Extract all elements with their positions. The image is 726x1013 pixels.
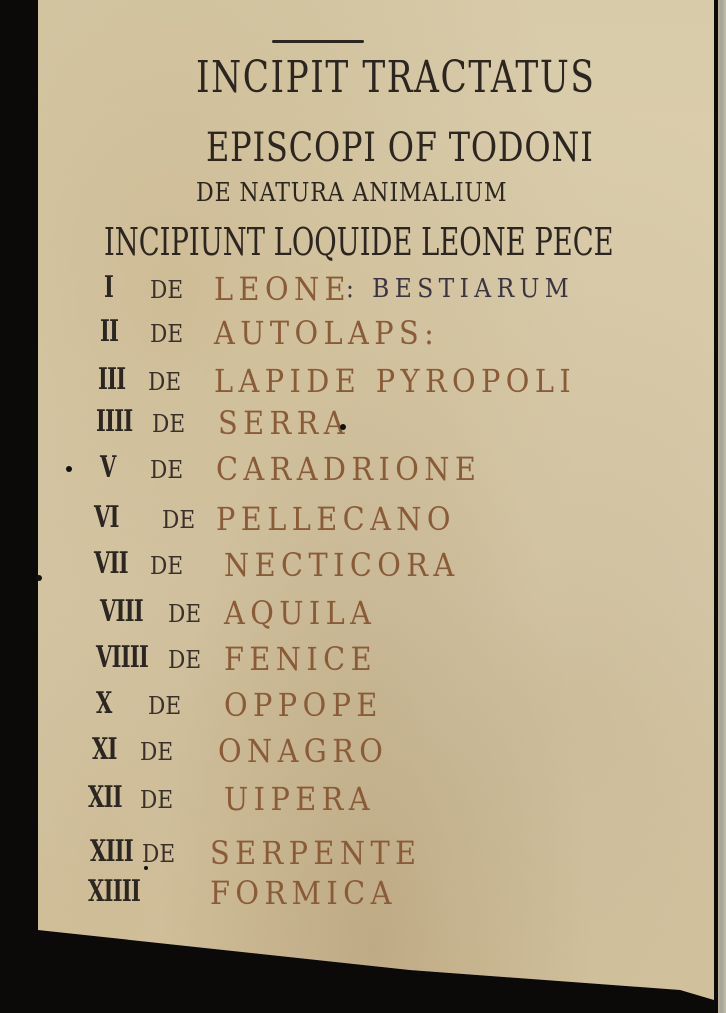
chapter-numeral: I	[104, 270, 113, 305]
chapter-name: ONAGRO	[218, 732, 388, 770]
chapter-extra: : BESTIARUM	[346, 274, 574, 304]
chapter-de: DE	[168, 646, 201, 674]
chapter-numeral: IIII	[96, 404, 132, 439]
chapter-de: DE	[150, 552, 183, 580]
chapter-name: LAPIDE PYROPOLI	[214, 362, 576, 400]
chapter-de: DE	[168, 600, 201, 628]
chapter-name: PELLECANO	[216, 500, 456, 538]
chapter-de: DE	[150, 276, 183, 304]
chapter-de: DE	[140, 738, 173, 766]
chapter-de: DE	[152, 410, 185, 438]
chapter-name: UIPERA	[224, 780, 375, 818]
chapter-name: AUTOLAPS:	[214, 314, 439, 352]
chapter-de: DE	[162, 506, 195, 534]
chapter-de: DE	[148, 692, 181, 720]
abbreviation-mark	[272, 40, 364, 43]
chapter-numeral: VI	[94, 500, 119, 535]
chapter-name: FENICE	[224, 640, 377, 678]
heading-line-3: DE NATURA ANIMALIUM	[196, 178, 507, 208]
chapter-name: OPPOPE	[224, 686, 383, 724]
chapter-numeral: V	[100, 450, 116, 485]
page-edge	[718, 0, 726, 1013]
chapter-name: CARADRIONE	[216, 450, 481, 488]
ink-dot	[66, 466, 72, 472]
heading-line-1: INCIPIT TRACTATUS	[196, 52, 595, 103]
chapter-numeral: XI	[92, 732, 117, 767]
chapter-name: LEONE	[214, 270, 351, 308]
chapter-numeral: VIII	[100, 594, 143, 629]
chapter-numeral: X	[96, 686, 112, 721]
chapter-name: SERPENTE	[210, 834, 421, 872]
chapter-numeral: III	[98, 362, 125, 397]
chapter-name: AQUILA	[224, 594, 376, 632]
chapter-de: DE	[142, 840, 175, 868]
chapter-numeral: VIIII	[96, 640, 148, 675]
chapter-de: DE	[150, 320, 183, 348]
chapter-numeral: XIII	[90, 834, 133, 869]
heading-line-4: INCIPIUNT LOQUIDE LEONE PECE	[104, 220, 614, 264]
chapter-numeral: VII	[94, 546, 128, 581]
chapter-numeral: XIIII	[88, 874, 140, 909]
ink-dot	[36, 575, 42, 581]
heading-line-2: EPISCOPI OF TODONI	[206, 125, 594, 171]
chapter-de: DE	[140, 786, 173, 814]
chapter-name: NECTICORA	[224, 546, 460, 584]
chapter-numeral: XII	[88, 780, 122, 815]
chapter-numeral: II	[100, 314, 118, 349]
chapter-name: FORMICA	[210, 874, 397, 912]
chapter-de: DE	[150, 456, 183, 484]
chapter-name: SERRA	[218, 404, 350, 442]
chapter-de: DE	[148, 368, 181, 396]
ink-dot	[144, 866, 148, 870]
ink-dot	[340, 424, 346, 430]
